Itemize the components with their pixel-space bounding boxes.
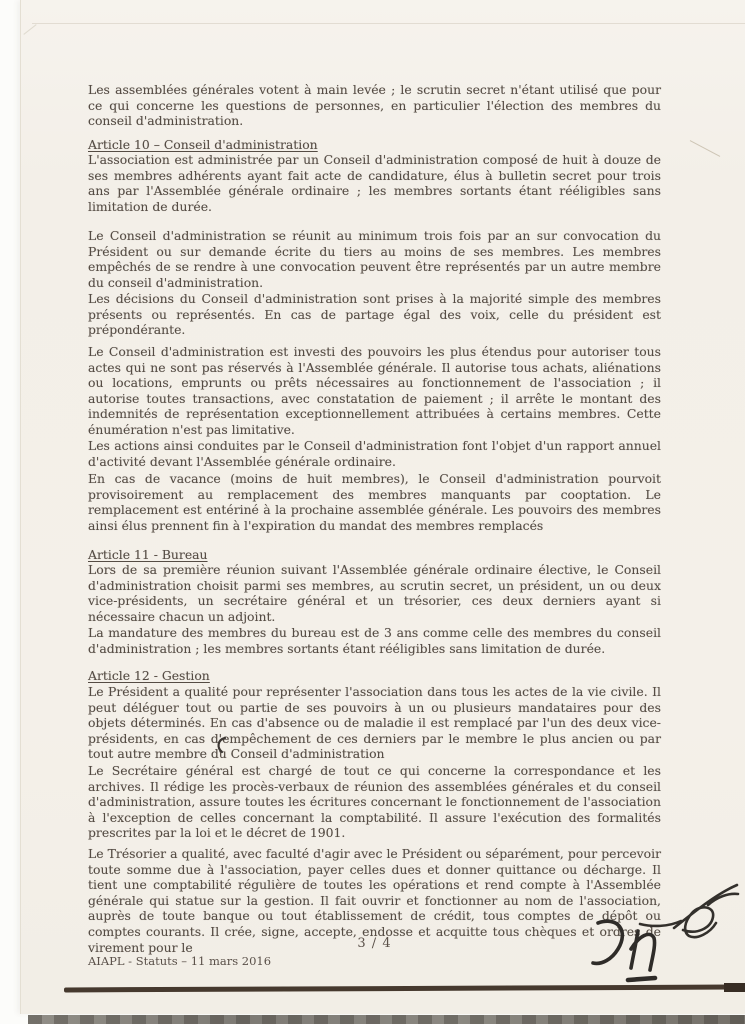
paragraph-assemblees-generales: Les assemblées générales votent à main l… (88, 82, 661, 129)
footer-document-reference: AIAPL - Statuts – 11 mars 2016 (88, 954, 271, 968)
scan-bottom-band (28, 1015, 745, 1024)
scan-page-edge-tip (724, 983, 745, 992)
paragraph-role-president: Le Président a qualité pour représenter … (88, 684, 661, 762)
paragraph-reunions-conseil: Le Conseil d'administration se réunit au… (88, 228, 661, 290)
article-12-heading: Article 12 - Gestion (88, 668, 661, 684)
article-10-heading: Article 10 – Conseil d'administration (88, 137, 661, 153)
paragraph-decisions-conseil: Les décisions du Conseil d'administratio… (88, 291, 661, 338)
paragraph-role-secretaire: Le Secrétaire général est chargé de tout… (88, 763, 661, 841)
paragraph-vacance-cooptation: En cas de vacance (moins de huit membres… (88, 471, 661, 533)
handwritten-correction-mark (212, 736, 230, 754)
handwritten-initials-dn (582, 914, 686, 990)
paragraph-mandature-bureau: La mandature des membres du bureau est d… (88, 625, 661, 656)
paragraph-election-bureau: Lors de sa première réunion suivant l'As… (88, 562, 661, 624)
paragraph-composition-conseil: L'association est administrée par un Con… (88, 152, 661, 214)
scanned-document-page: Les assemblées générales votent à main l… (0, 0, 745, 1024)
sheet-edge-artifact (32, 23, 745, 24)
page-number: 3 / 4 (88, 936, 661, 951)
paragraph-rapport-annuel: Les actions ainsi conduites par le Conse… (88, 438, 661, 469)
paragraph-pouvoirs-conseil: Le Conseil d'administration est investi … (88, 344, 661, 438)
article-11-heading: Article 11 - Bureau (88, 547, 661, 563)
